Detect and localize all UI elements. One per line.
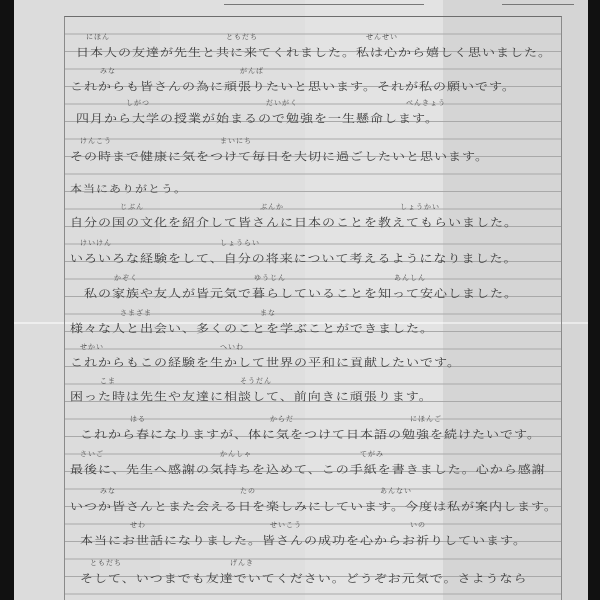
furigana: せんせい [366, 32, 398, 42]
furigana: そうだん [240, 376, 272, 386]
furigana: ゆうじん [254, 273, 286, 283]
furigana: にほんご [410, 414, 442, 424]
handwritten-line: その時まで健康に気をつけて毎日を大切に過ごしたいと思います。 [70, 147, 489, 163]
furigana: みな [100, 66, 116, 76]
furigana: さいご [80, 449, 104, 459]
furigana: けんこう [80, 136, 112, 146]
handwritten-line: いつか皆さんとまた会える日を楽しみにしています。今度は私が案内します。 [70, 497, 558, 513]
furigana: ともだち [226, 32, 258, 42]
handwritten-line: いろいろな経験をして、自分の将来について考えるようになりました。 [70, 249, 517, 265]
furigana: へいわ [220, 342, 244, 352]
handwritten-line: 本当にお世話になりました。皆さんの成功を心からお祈りしています。 [80, 531, 527, 547]
furigana: あんない [380, 486, 412, 496]
handwritten-line: 困った時は先生や友達に相談して、前向きに頑張ります。 [70, 387, 433, 403]
furigana: まな [260, 308, 276, 318]
furigana: ともだち [90, 558, 122, 568]
furigana: けいけん [80, 238, 112, 248]
furigana: あんしん [394, 273, 426, 283]
furigana: げんき [230, 558, 254, 568]
handwritten-line: これから春になりますが、体に気をつけて日本語の勉強を続けたいです。 [80, 425, 541, 441]
furigana: べんきょう [406, 98, 446, 108]
furigana: せかい [80, 342, 104, 352]
handwritten-line: 日本人の友達が先生と共に来てくれました。私は心から嬉しく思いました。 [76, 43, 552, 59]
furigana: じぶん [120, 202, 144, 212]
letter-paper: 日本人の友達が先生と共に来てくれました。私は心から嬉しく思いました。にほんともだ… [14, 0, 588, 600]
furigana: いの [410, 520, 426, 530]
furigana: たの [240, 486, 256, 496]
furigana: かんしゃ [220, 449, 252, 459]
furigana: せわ [130, 520, 146, 530]
furigana: だいがく [266, 98, 298, 108]
handwritten-line: そして、いつまでも友達でいてください。どうぞお元気で。さようなら [80, 569, 527, 585]
furigana: みな [100, 486, 116, 496]
handwritten-line: 様々な人と出会い、多くのことを学ぶことができました。 [70, 319, 434, 335]
handwritten-line: 私の家族や友人が皆元気で暮らしていることを知って安心しました。 [84, 284, 518, 300]
handwritten-line: 最後に、先生へ感謝の気持ちを込めて、この手紙を書きました。心から感謝 [70, 460, 546, 476]
furigana: せいこう [270, 520, 302, 530]
furigana: しょうかい [400, 202, 440, 212]
handwritten-line: これからもこの経験を生かして世界の平和に貢献したいです。 [70, 353, 461, 369]
furigana: まいにち [220, 136, 252, 146]
furigana: てがみ [360, 449, 384, 459]
header-rule [224, 4, 424, 5]
furigana: はる [130, 414, 146, 424]
furigana: こま [100, 376, 116, 386]
header-rule-right [502, 4, 574, 5]
furigana: がんば [240, 66, 264, 76]
handwritten-line: 本当にありがとう。 [70, 181, 187, 195]
furigana: にほん [86, 32, 110, 42]
furigana: ぶんか [260, 202, 284, 212]
furigana: さまざま [120, 308, 152, 318]
furigana: しがつ [126, 98, 150, 108]
furigana: しょうらい [220, 238, 260, 248]
furigana: かぞく [114, 273, 138, 283]
handwritten-line: 四月から大学の授業が始まるので勉強を一生懸命します。 [76, 109, 439, 125]
handwritten-line: 自分の国の文化を紹介して皆さんに日本のことを教えてもらいました。 [70, 213, 518, 229]
furigana: からだ [270, 414, 294, 424]
handwritten-line: これからも皆さんの為に頑張りたいと思います。それが私の願いです。 [70, 77, 516, 93]
